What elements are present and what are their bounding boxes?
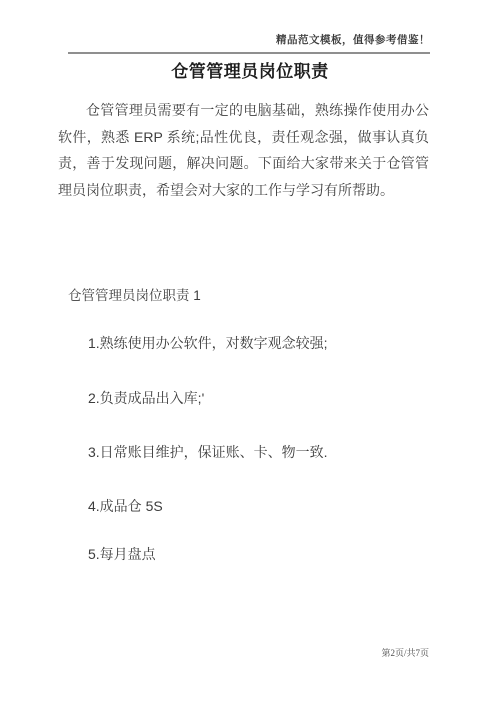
list-item: 1.熟练使用办公软件，对数字观念较强;	[88, 335, 328, 352]
list-item: 2.负责成品出入库;'	[88, 390, 204, 407]
list-item: 3.日常账目维护，保证账、卡、物一致.	[88, 444, 328, 461]
page-title: 仓管管理员岗位职责	[0, 61, 500, 83]
header-note: 精品范文模板，值得参考借鉴！	[276, 34, 430, 46]
document-page: 精品范文模板，值得参考借鉴！ 仓管管理员岗位职责 仓管管理员需要有一定的电脑基础…	[0, 0, 500, 707]
section-heading: 仓管管理员岗位职责 1	[68, 287, 201, 304]
page-header: 精品范文模板，值得参考借鉴！	[68, 30, 430, 54]
page-footer: 第2页/共7页	[58, 643, 429, 661]
page-number: 第2页/共7页	[381, 648, 429, 658]
list-item: 5.每月盘点	[88, 546, 156, 563]
list-item: 4.成品仓 5S	[88, 498, 163, 515]
intro-paragraph: 仓管管理员需要有一定的电脑基础，熟练操作使用办公软件，熟悉 ERP 系统;品性优…	[58, 97, 429, 203]
